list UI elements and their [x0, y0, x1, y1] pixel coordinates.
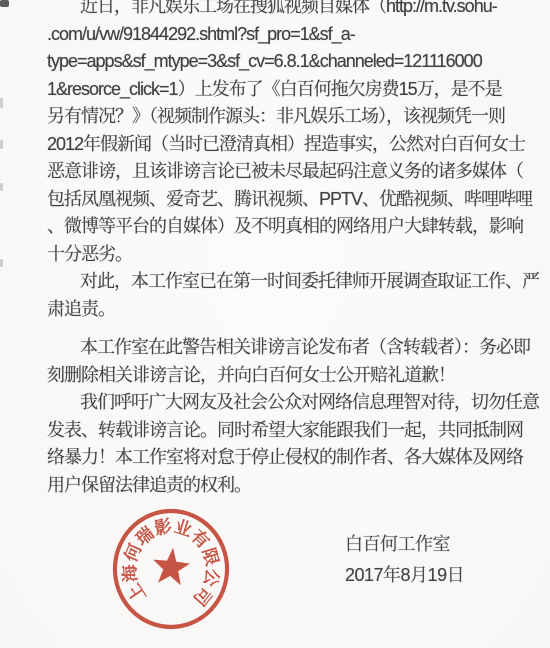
- signature-name: 白百何工作室: [345, 529, 464, 560]
- text-line: 对此，本工作室已在第一时间委托律师开展调查取证工作、严: [47, 268, 525, 296]
- text-line: 发表、转载诽谤言论。同时希望大家能跟我们一起，共同抵制网: [47, 417, 525, 445]
- text-line: 恶意诽谤，且该诽谤言论已被未尽最起码注意义务的诸多媒体（: [47, 158, 525, 186]
- text-line: 本工作室在此警告相关诽谤言论发布者（含转载者）：务必即: [47, 334, 525, 362]
- text-line: 2012年假新闻（当时已澄清真相）捏造事实，公然对白百何女士: [47, 131, 525, 159]
- text-line: 另有情况？》（视频制作源头：非凡娱乐工场），该视频凭一则: [47, 103, 525, 131]
- text-line: 1&resorce_click=1）上发布了《白百何拖欠房费15万，是不是: [47, 76, 525, 104]
- scan-artifact: [0, 98, 3, 108]
- company-seal: 上海何瑞影业有限公司: [112, 508, 230, 630]
- seal-star-icon: [151, 546, 192, 586]
- text-line: .com/u/vw/91844292.shtml?sf_pro=1&sf_a-: [47, 21, 525, 49]
- scan-artifact: [0, 140, 3, 149]
- text-line: 、微博等平台的自媒体）及不明真相的网络用户大肆转载，影响: [47, 213, 525, 241]
- text-line: 近日，非凡娱乐工场在搜狐视频自媒体（http://m.tv.sohu-: [47, 0, 525, 21]
- text-line: 十分恶劣。: [47, 241, 525, 269]
- text-line: 肃追责。: [47, 296, 525, 324]
- document-text: 近日，非凡娱乐工场在搜狐视频自媒体（http://m.tv.sohu- .com…: [47, 0, 525, 499]
- text-line: 包括凤凰视频、爱奇艺、腾讯视频、PPTV、优酷视频、哔哩哔哩: [47, 186, 525, 214]
- scan-artifact: [0, 0, 9, 7]
- signature-block: 白百何工作室 2017年8月19日: [345, 529, 464, 591]
- scanned-document-page: 近日，非凡娱乐工场在搜狐视频自媒体（http://m.tv.sohu- .com…: [0, 0, 550, 648]
- text-line: type=apps&sf_mtype=3&sf_cv=6.8.1&channel…: [47, 48, 525, 76]
- signature-date: 2017年8月19日: [345, 560, 464, 591]
- text-line: 我们呼吁广大网友及社会公众对网络信息理智对待，切勿任意: [47, 389, 525, 417]
- text-line: 刻删除相关诽谤言论，并向白百何女士公开赔礼道歉！: [47, 362, 525, 390]
- scan-artifact: [0, 259, 3, 267]
- text-line: 用户保留法律追责的权利。: [47, 472, 525, 500]
- text-line: 络暴力！本工作室将对怠于停止侵权的制作者、各大媒体及网络: [47, 444, 525, 472]
- scan-artifact: [0, 183, 3, 191]
